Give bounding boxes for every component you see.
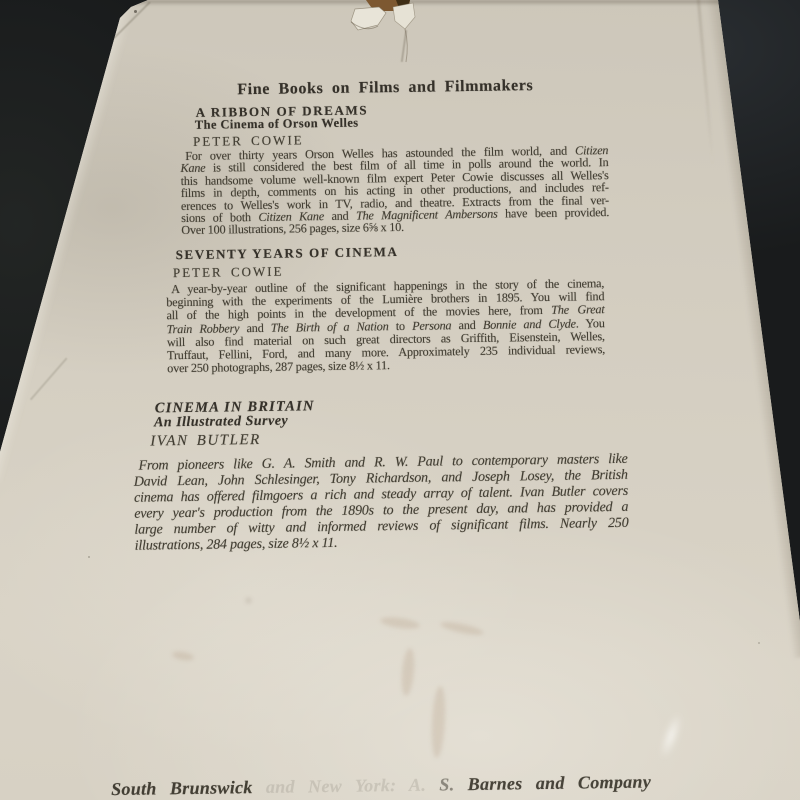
book-description: From pioneers like G. A. Smith and R. W.… — [134, 452, 629, 555]
book-description: For over thirty years Orson Welles has a… — [180, 144, 609, 237]
book-title: SEVENTY YEARS OF CINEMA — [176, 242, 606, 261]
flap-crease — [405, 29, 407, 62]
book-entry: A RIBBON OF DREAMSThe Cinema of Orson We… — [180, 100, 612, 237]
book-author: IVAN BUTLER — [150, 427, 631, 449]
book-photo: Fine Books on Films and Filmmakers A RIB… — [0, 0, 800, 800]
paper-flap-left — [351, 7, 386, 30]
book-entry: CINEMA IN BRITAINAn Illustrated SurveyIV… — [133, 395, 633, 555]
printed-text-block: Fine Books on Films and Filmmakers A RIB… — [0, 0, 800, 800]
paper-flap-right — [393, 3, 415, 29]
publisher-imprint: South Brunswick and New York: A. S. Barn… — [111, 772, 651, 800]
imprint-segment: S. — [439, 774, 468, 794]
imprint-segment: and New York: A. — [253, 774, 440, 797]
torn-corner-graphic — [330, 0, 440, 70]
book-description: A year-by-year outline of the significan… — [166, 277, 605, 376]
imprint-segment: Barnes and Company — [468, 772, 652, 795]
book-entry: SEVENTY YEARS OF CINEMAPETER COWIEA year… — [166, 242, 608, 376]
dust-jacket-back-cover: Fine Books on Films and Filmmakers A RIB… — [0, 0, 800, 800]
imprint-segment: South Brunswick — [111, 777, 253, 799]
jacket-header: Fine Books on Films and Filmmakers — [175, 76, 595, 100]
